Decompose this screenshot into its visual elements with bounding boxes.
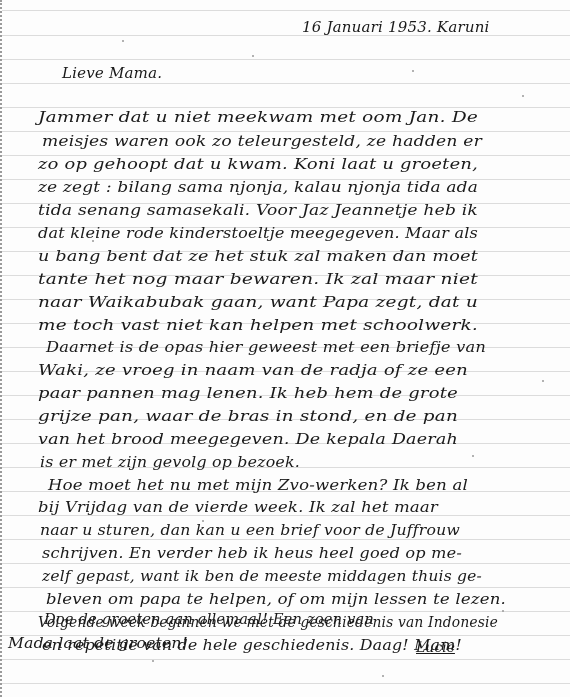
letter-line: ze zegt : bilang sama njonja, kalau njon…	[38, 178, 478, 196]
letter-line: u bang bent dat ze het stuk zal maken da…	[38, 247, 478, 265]
letter-line: meisjes waren ook zo teleurgesteld, ze h…	[42, 132, 482, 150]
letter-line: Mada laat de groeten!	[8, 634, 188, 652]
scan-speck	[472, 455, 474, 457]
letter-line: Daarnet is de opas hier geweest met een …	[46, 338, 486, 356]
scan-speck	[332, 300, 334, 302]
letter-line: tante het nog maar bewaren. Ik zal maar …	[38, 270, 478, 288]
letter-line: bij Vrijdag van de vierde week. Ik zal h…	[38, 498, 438, 516]
letter-line: van het brood meegegeven. De kepala Daer…	[38, 430, 458, 448]
scan-speck	[412, 70, 414, 72]
scan-speck	[252, 55, 254, 57]
letter-line: dat kleine rode kinderstoeltje meegegeve…	[38, 224, 478, 242]
letter-line: grijze pan, waar de bras in stond, en de…	[38, 407, 458, 425]
scan-speck	[92, 240, 94, 242]
letter-line: Hoe moet het nu met mijn Zvo-werken? Ik …	[48, 476, 468, 494]
letter-line: Waki, ze vroeg in naam van de radja of z…	[38, 361, 468, 379]
letter-line: paar pannen mag lenen. Ik heb hem de gro…	[38, 384, 458, 402]
letter-line: zo op gehoopt dat u kwam. Koni laat u gr…	[38, 155, 478, 173]
letter-line: naar u sturen, dan kan u een brief voor …	[40, 521, 460, 539]
scan-speck	[122, 40, 124, 42]
letter-line: me toch vast niet kan helpen met schoolw…	[38, 316, 478, 334]
letter-signature: Lucie	[416, 640, 455, 656]
scan-speck	[382, 675, 384, 677]
letter-line: is er met zijn gevolg op bezoek.	[40, 453, 300, 471]
scan-speck	[502, 610, 504, 612]
scan-speck	[522, 95, 524, 97]
letter-line: Jammer dat u niet meekwam met oom Jan. D…	[38, 108, 478, 126]
letter-line: tida senang samasekali. Voor Jaz Jeannet…	[38, 201, 478, 219]
letter-line: zelf gepast, want ik ben de meeste midda…	[42, 567, 482, 585]
letter-date-place: 16 Januari 1953. Karuni	[302, 18, 490, 36]
scan-speck	[152, 660, 154, 662]
scan-speck	[542, 380, 544, 382]
letter-line: Doe de groeten aan allemaal! Een zoen va…	[44, 610, 374, 628]
scan-speck	[202, 520, 204, 522]
letter-salutation: Lieve Mama.	[62, 64, 162, 82]
letter-line: schrijven. En verder heb ik heus heel go…	[42, 544, 462, 562]
letter-line: bleven om papa te helpen, of om mijn les…	[46, 590, 506, 608]
letter-line: naar Waikabubak gaan, want Papa zegt, da…	[38, 293, 478, 311]
letter-page: 16 Januari 1953. Karuni Lieve Mama. Jamm…	[0, 0, 570, 697]
